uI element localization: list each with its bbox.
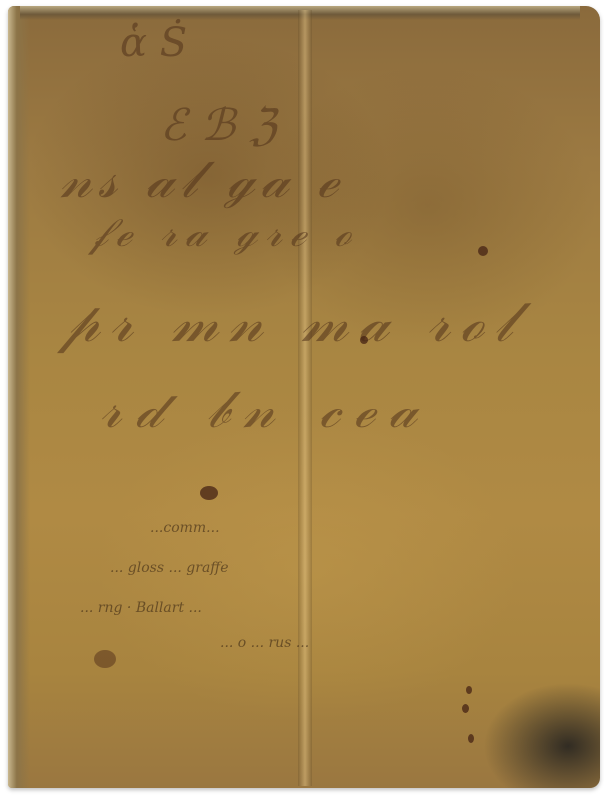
small-handwriting: ...comm... <box>150 520 220 536</box>
small-handwriting: ... gloss ... graffe <box>110 560 229 576</box>
ink-stain <box>462 704 469 713</box>
ink-stain <box>468 734 474 743</box>
handwriting-line: ἁ Ṡ <box>120 20 187 66</box>
spine-edge <box>8 6 30 788</box>
handwriting-line: 𝓃𝓈 𝒶𝓁 ℊ𝒶 ℯ <box>60 150 344 211</box>
handwriting-line: ℰ ℬ ℨ <box>160 100 276 151</box>
ink-stain <box>478 246 488 256</box>
ink-stain <box>360 336 368 344</box>
small-handwriting: ... rng · Ballart ... <box>80 600 202 616</box>
handwriting-line: 𝒻ℯ 𝓇𝒶 ℊ𝓇ℯ ℴ <box>90 210 359 256</box>
ink-stain <box>94 650 116 668</box>
small-handwriting: ... o ... rus ... <box>220 635 309 651</box>
ink-stain <box>466 686 472 694</box>
ink-stain <box>200 486 218 500</box>
handwriting-line: 𝓇𝒹 𝒷𝓃 𝒸ℯ𝒶 <box>100 380 431 441</box>
handwriting-line: 𝓅𝓇 𝓂𝓃 𝓂𝒶 𝓇ℴ𝓁 <box>60 290 523 356</box>
